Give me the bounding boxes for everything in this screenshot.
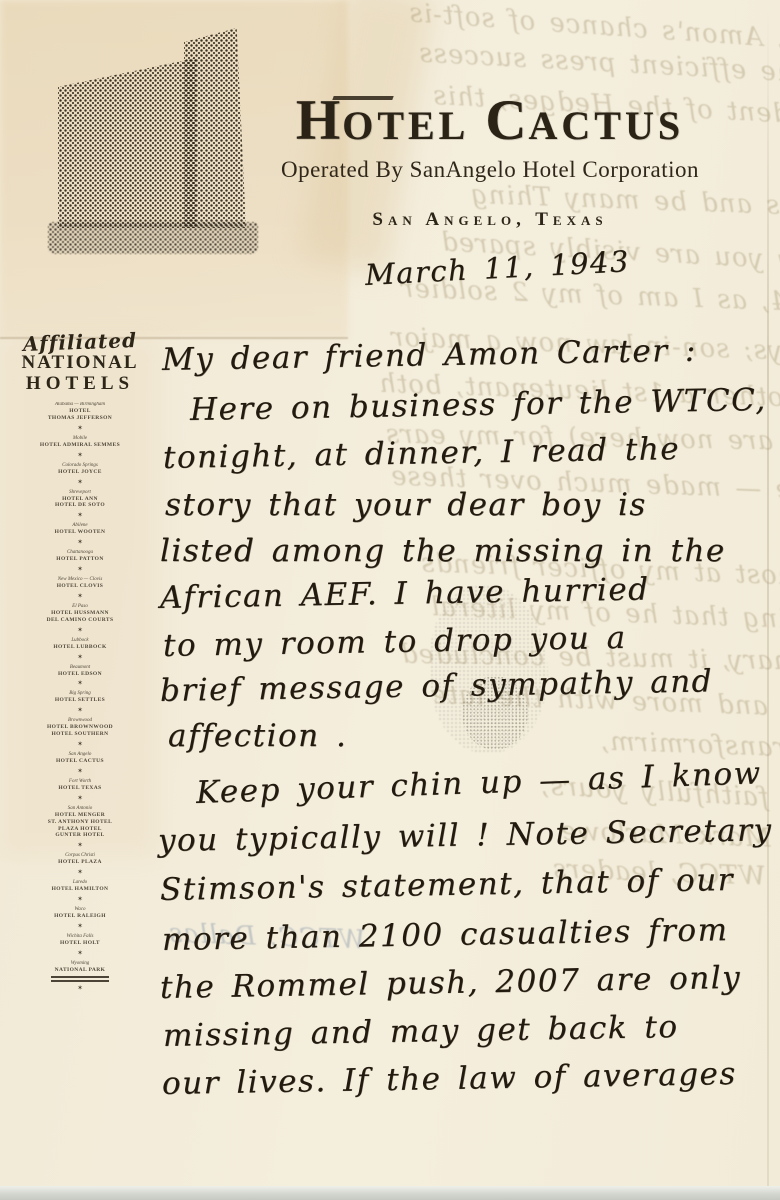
handwritten-line: missing and may get back to <box>163 1009 679 1054</box>
handwritten-line: affection . <box>168 718 347 754</box>
handwritten-line: Keep your chin up — as I know <box>195 755 762 811</box>
handwritten-line: tonight, at dinner, I read the <box>163 431 681 476</box>
handwritten-line: to my room to drop you a <box>163 620 627 664</box>
handwritten-letter-body: March 11, 1943 My dear friend Amon Carte… <box>0 0 780 1200</box>
letter-date: March 11, 1943 <box>364 244 631 292</box>
handwritten-line: you typically will ! Note Secretary <box>158 812 773 859</box>
handwritten-line: brief message of sympathy and <box>160 663 714 709</box>
handwritten-line: story that your dear boy is <box>165 487 647 523</box>
handwritten-line: listed among the missing in the <box>160 533 726 569</box>
handwritten-line: more than 2100 casualties from <box>162 912 729 958</box>
handwritten-line: the Rommel push, 2007 are only <box>160 960 742 1006</box>
handwritten-line: our lives. If the law of averages <box>162 1056 737 1102</box>
handwritten-line: Here on business for the WTCC, <box>190 382 767 428</box>
handwritten-line: African AEF. I have hurried <box>160 571 650 616</box>
scanned-letter-page: fields, Amon's chance of soft-iswe tried… <box>0 0 780 1200</box>
handwritten-line: Stimson's statement, that of our <box>160 862 735 908</box>
scan-edge-strip <box>0 1186 780 1200</box>
handwritten-line: My dear friend Amon Carter : <box>162 333 697 378</box>
